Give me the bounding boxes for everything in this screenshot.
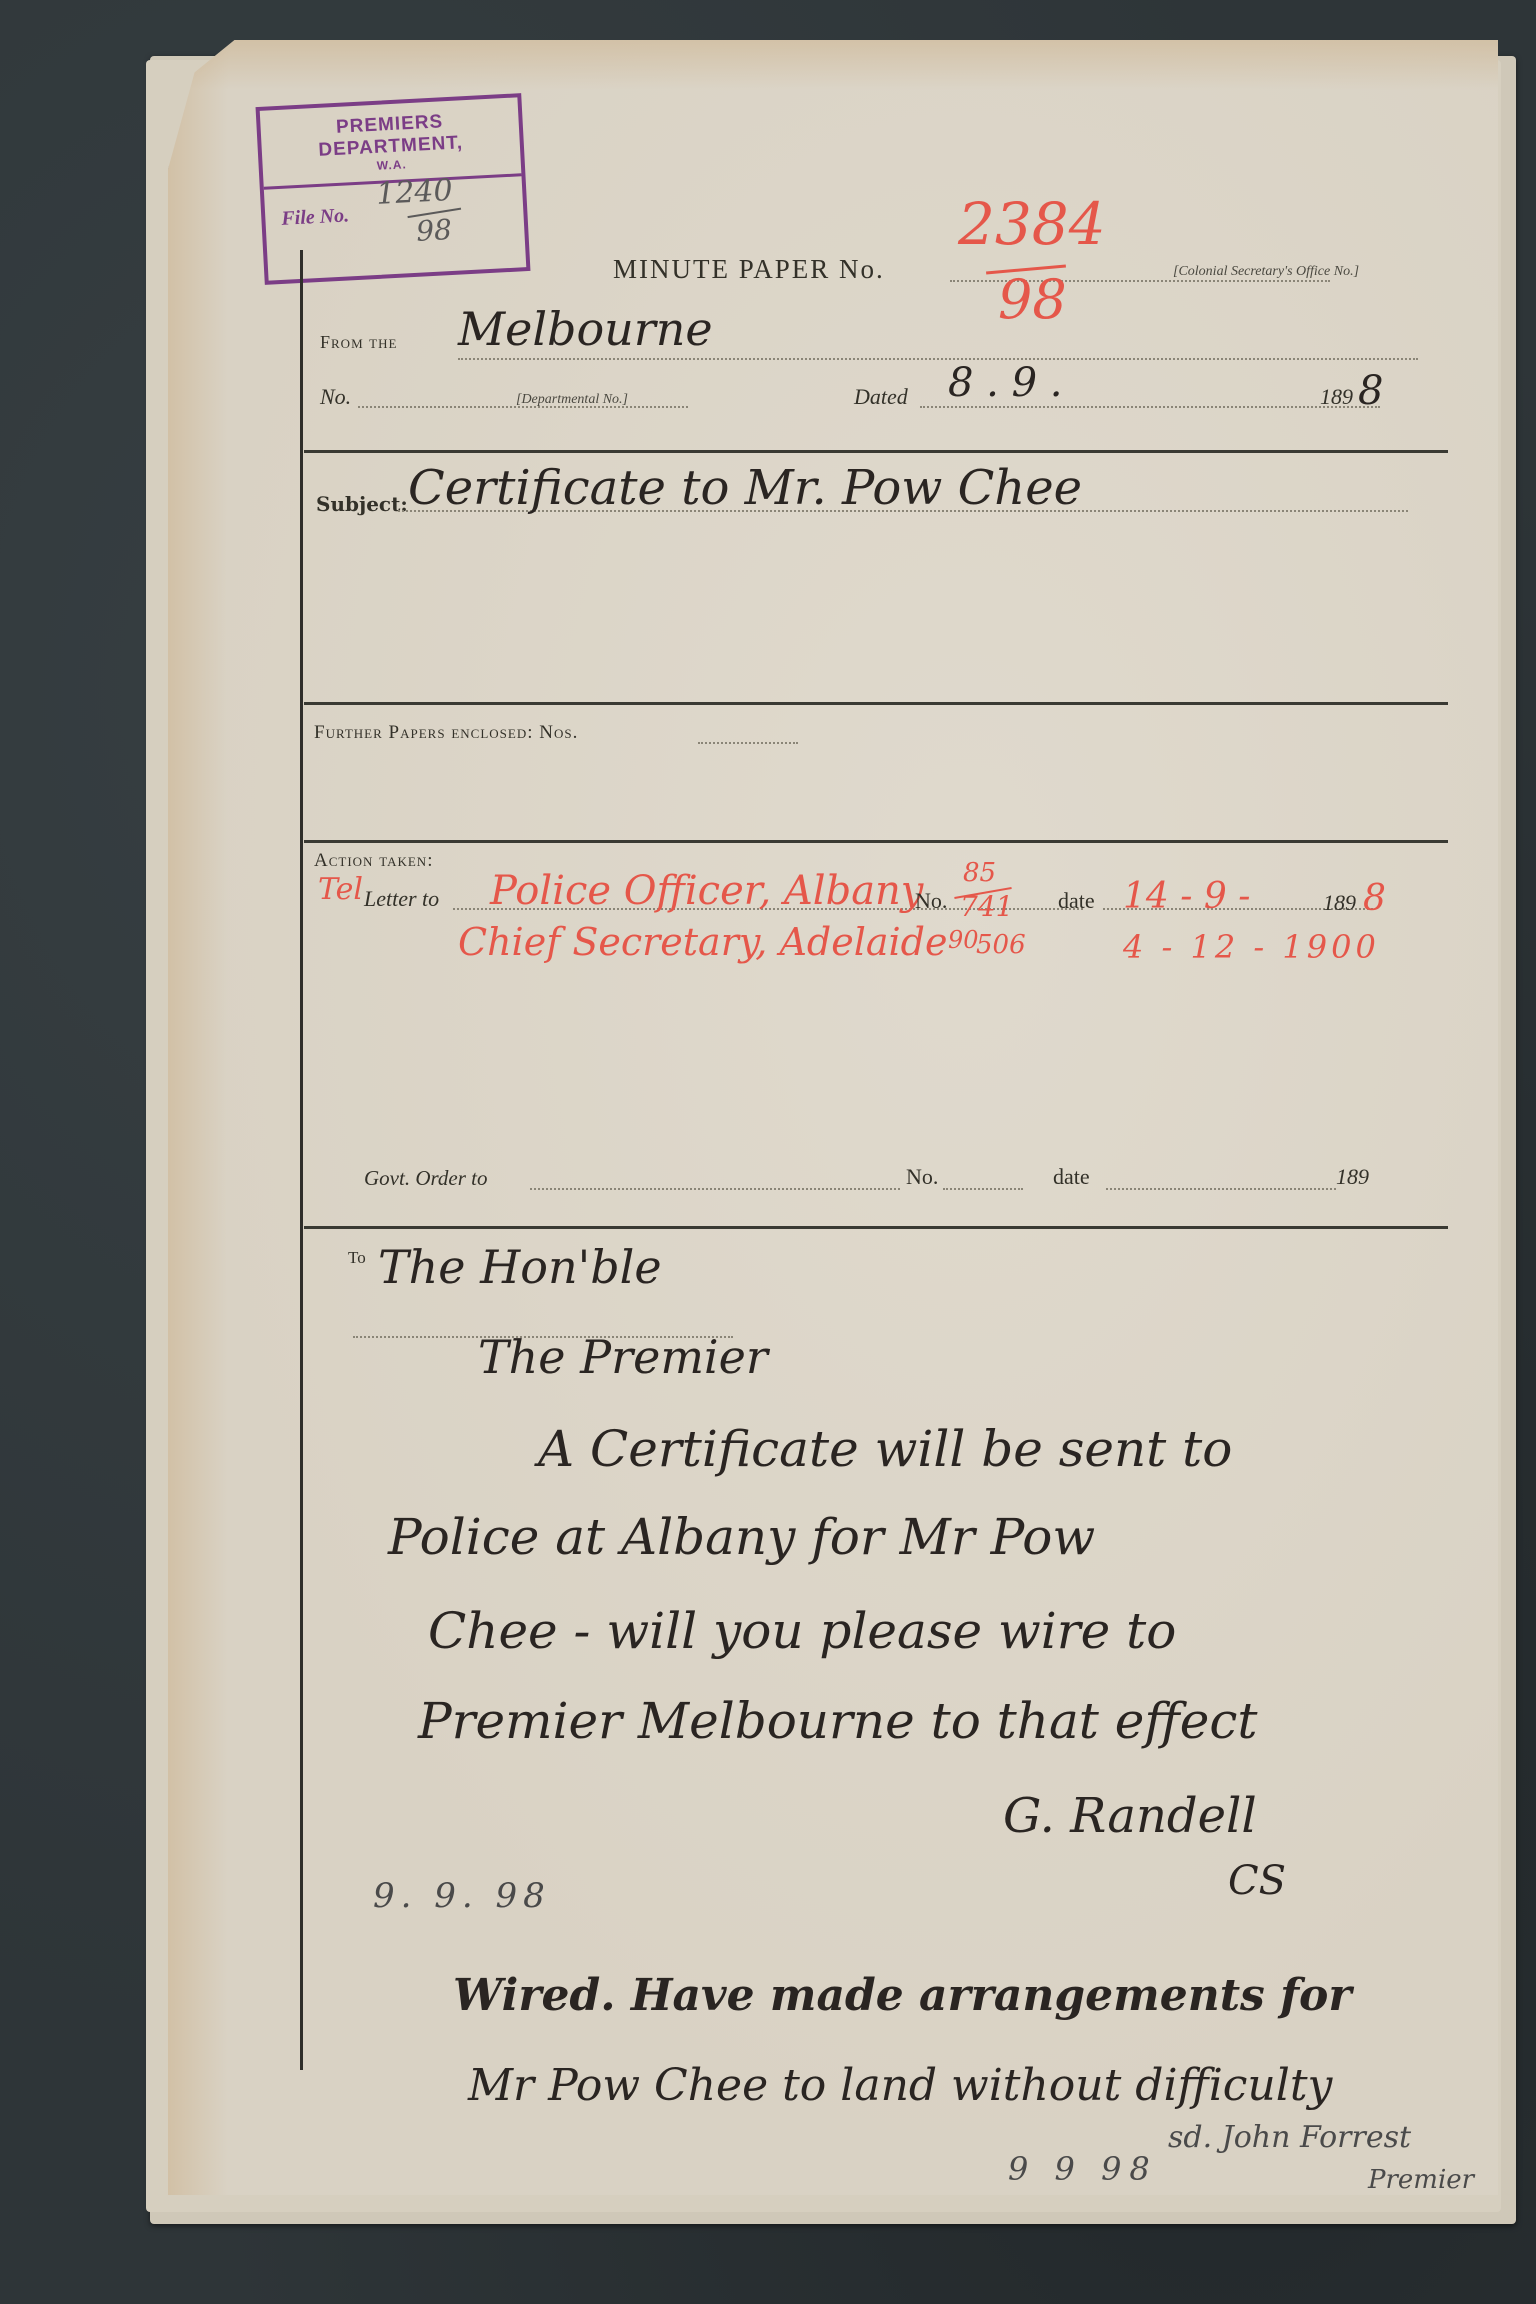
govt-order-no-label: No.: [906, 1164, 938, 1190]
action-taken-label: Action taken:: [314, 850, 433, 872]
premiers-department-stamp: PREMIERS DEPARTMENT, W.A. File No. 1240 …: [256, 93, 531, 285]
page-title: MINUTE PAPER No.: [613, 254, 885, 285]
action-entry-1-no-den: 741: [960, 890, 1013, 923]
stamp-file-no-denominator: 98: [415, 213, 452, 248]
stamp-file-no-numerator: 1240: [375, 173, 453, 212]
departmental-no-note: [Departmental No.]: [516, 392, 628, 408]
to-line-4: Police at Albany for Mr Pow: [388, 1508, 1095, 1566]
action-entry-2-no-num: 90: [948, 926, 979, 954]
action-entry-2-date: 4 - 12 - 1900: [1123, 928, 1380, 966]
dated-leader: [920, 406, 1380, 408]
minute-no-denominator: 98: [998, 268, 1067, 331]
rule-2: [304, 702, 1448, 705]
dated-year-suffix: 8: [1358, 368, 1383, 414]
from-label: From the: [320, 332, 397, 353]
action-year-prefix: 189: [1323, 890, 1356, 916]
govt-order-date-leader: [1106, 1188, 1336, 1190]
colonial-office-note: [Colonial Secretary's Office No.]: [1173, 264, 1359, 280]
action-entry-2-no-den: 506: [976, 930, 1026, 960]
dated-label: Dated: [854, 384, 908, 410]
rule-4: [304, 1226, 1448, 1229]
to-line-2: The Premier: [478, 1330, 768, 1384]
to-signature: G. Randell: [1003, 1788, 1257, 1844]
reply-date: 9 9 98: [1008, 2150, 1158, 2188]
stamp-file-no-label: File No.: [281, 204, 350, 231]
left-margin-rule: [300, 250, 303, 2070]
govt-order-no-leader: [943, 1188, 1023, 1190]
to-signature-title: CS: [1228, 1858, 1286, 1904]
action-entry-2-to: Chief Secretary, Adelaide: [458, 920, 948, 964]
action-entry-1-date: 14 - 9 -: [1123, 876, 1250, 917]
reply-signature-title: Premier: [1368, 2165, 1474, 2195]
to-line-5: Chee - will you please wire to: [428, 1602, 1176, 1660]
dated-value: 8 . 9 .: [948, 360, 1062, 406]
tel-mark: Tel: [318, 872, 363, 907]
departmental-no-label: No.: [320, 384, 351, 410]
to-line-1: The Hon'ble: [378, 1240, 662, 1294]
reply-line-1: Wired. Have made arrangements for: [453, 1970, 1352, 2021]
to-line-6: Premier Melbourne to that effect: [418, 1692, 1257, 1750]
to-label: To: [348, 1248, 366, 1268]
govt-order-year-prefix: 189: [1336, 1164, 1369, 1190]
rule-3: [304, 840, 1448, 843]
action-no-label: No.: [915, 888, 947, 914]
from-leader: [458, 358, 1418, 360]
subject-value: Certificate to Mr. Pow Chee: [408, 460, 1082, 516]
from-value: Melbourne: [458, 302, 713, 356]
dated-year-prefix: 189: [1320, 384, 1353, 410]
action-entry-1-to: Police Officer, Albany: [490, 868, 923, 914]
further-papers-leader: [698, 742, 798, 744]
further-papers-label: Further Papers enclosed: Nos.: [314, 722, 578, 744]
govt-order-leader: [530, 1188, 900, 1190]
minute-paper: PREMIERS DEPARTMENT, W.A. File No. 1240 …: [168, 40, 1498, 2195]
govt-order-label: Govt. Order to: [364, 1166, 487, 1191]
reply-signature: sd. John Forrest: [1168, 2120, 1411, 2155]
action-entry-1-year: 8: [1363, 878, 1386, 919]
reply-line-2: Mr Pow Chee to land without difficulty: [468, 2060, 1332, 2111]
action-entry-1-no-num: 85: [963, 858, 996, 888]
subject-label: Subject:: [316, 492, 408, 516]
letter-to-label: Letter to: [364, 886, 439, 912]
to-signature-date: 9. 9. 98: [373, 1876, 551, 1916]
to-line-3: A Certificate will be sent to: [538, 1420, 1232, 1478]
govt-order-date-label: date: [1053, 1164, 1090, 1190]
rule-1: [304, 450, 1448, 453]
action-date-label: date: [1058, 888, 1095, 914]
minute-no-numerator: 2384: [958, 190, 1106, 258]
